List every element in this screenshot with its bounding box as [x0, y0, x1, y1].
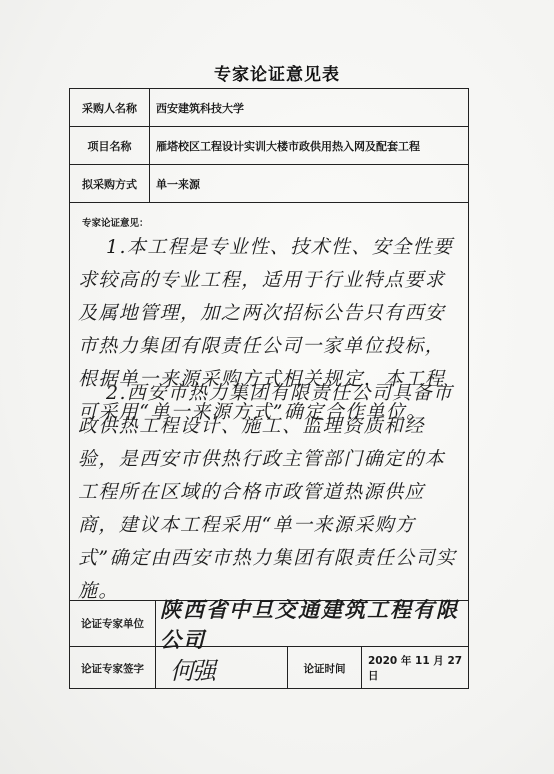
opinion-section: 专家论证意见： 1.本工程是专业性、技术性、安全性要求较高的专业工程，适用于行业…	[70, 203, 468, 601]
field-value: 雁塔校区工程设计实训大楼市政供用热入网及配套工程	[156, 127, 468, 164]
page-title: 专家论证意见表	[0, 60, 554, 85]
handwritten-paragraph: 2.西安市热力集团有限责任公司具备市政供热工程设计、施工、监理资质和经验，是西安…	[78, 377, 462, 608]
expert-opinion-form: 采购人名称 西安建筑科技大学 项目名称 雁塔校区工程设计实训大楼市政供用热入网及…	[69, 88, 469, 689]
field-value: 西安建筑科技大学	[156, 89, 468, 126]
expert-unit-row: 论证专家单位 陕西省中旦交通建筑工程有限公司	[70, 601, 468, 647]
field-row-project: 项目名称 雁塔校区工程设计实训大楼市政供用热入网及配套工程	[70, 127, 468, 165]
review-date: 2020 年 11 月 27 日	[368, 647, 468, 689]
expert-unit-value: 陕西省中旦交通建筑工程有限公司	[160, 601, 468, 646]
field-label: 拟采购方式	[70, 165, 150, 202]
field-row-method: 拟采购方式 单一来源	[70, 165, 468, 203]
field-label: 论证时间	[288, 647, 362, 689]
field-row-purchaser: 采购人名称 西安建筑科技大学	[70, 89, 468, 127]
field-label: 论证专家单位	[70, 601, 156, 646]
document-page: 专家论证意见表 采购人名称 西安建筑科技大学 项目名称 雁塔校区工程设计实训大楼…	[0, 0, 554, 774]
field-value: 单一来源	[156, 165, 468, 202]
signature-row: 论证专家签字 何强 论证时间 2020 年 11 月 27 日	[70, 647, 468, 689]
signature-cell: 何强	[156, 647, 288, 689]
field-label: 论证专家签字	[70, 647, 156, 689]
field-label: 项目名称	[70, 127, 150, 164]
opinion-label: 专家论证意见：	[82, 215, 149, 229]
handwritten-signature: 何强	[170, 651, 214, 686]
field-label: 采购人名称	[70, 89, 150, 126]
